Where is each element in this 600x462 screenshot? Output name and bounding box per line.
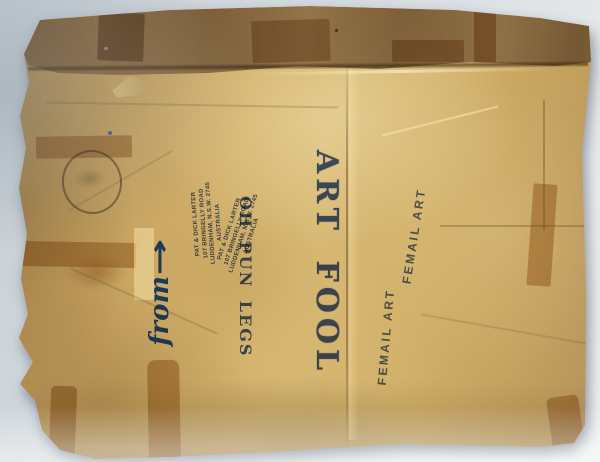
tape-strip [147,360,181,461]
stamp-femail-art-lower: FEMAIL ART [373,286,400,387]
crease-line [46,101,338,108]
crease-line [421,314,600,349]
envelope-shadow: ART FOOL OH PUN LEGS FEMAIL ART FEMAIL A… [0,0,600,462]
photo-background: ART FOOL OH PUN LEGS FEMAIL ART FEMAIL A… [0,0,600,462]
tape-strip [474,8,496,62]
glue-stain [66,254,126,290]
dirt-speck [289,3,294,6]
tape-strip [526,183,557,286]
tape-strip [392,40,464,62]
staple [104,47,108,50]
tape-strip [251,19,330,64]
handwritten-from: from→ [140,236,180,356]
dirt-speck [335,29,338,32]
envelope: ART FOOL OH PUN LEGS FEMAIL ART FEMAIL A… [0,0,600,462]
ink-speck [108,131,112,135]
tape-strip [97,12,145,62]
tape-strip [546,394,586,458]
arrow-glyph: → [140,239,180,276]
tape-strip [49,386,77,457]
handwritten-word: from [145,276,175,346]
stamp-art-fool: ART FOOL [304,150,348,350]
stamp-femail-art-upper: FEMAIL ART [397,185,430,287]
dirt-speck [520,10,523,13]
crease-highlight [382,106,499,137]
crease-line [440,225,586,227]
torn-paper-flake [111,74,149,99]
crease-highlight [349,70,359,440]
